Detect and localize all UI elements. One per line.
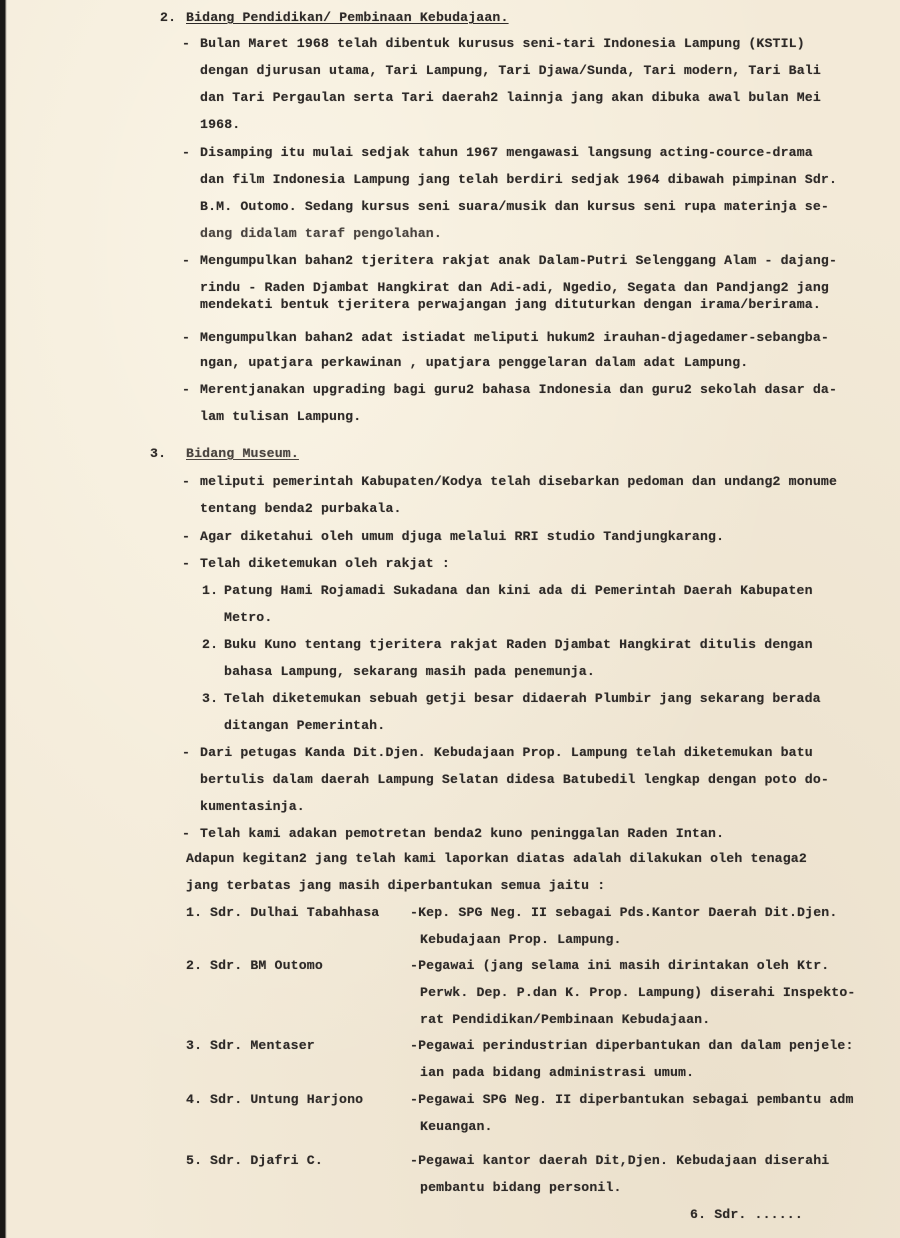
text-line: kumentasinja.: [200, 799, 305, 815]
section-2-title: Bidang Pendidikan/ Pembinaan Kebudajaan.: [186, 10, 509, 26]
bullet: -: [182, 556, 190, 572]
bullet: -: [182, 145, 190, 161]
text-line: jang terbatas jang masih diperbantukan s…: [186, 878, 605, 894]
text-line: ngan, upatjara perkawinan , upatjara pen…: [200, 355, 748, 371]
section-3-title: Bidang Museum.: [186, 446, 299, 462]
staff-name: Sdr. Untung Harjono: [210, 1092, 363, 1108]
staff-name: Sdr. Dulhai Tabahhasa: [210, 905, 379, 921]
text-line: dang didalam taraf pengolahan.: [200, 226, 442, 242]
text-line: Metro.: [224, 610, 272, 626]
bullet: -: [182, 253, 190, 269]
text-line: Merentjanakan upgrading bagi guru2 bahas…: [200, 382, 837, 398]
continuation-marker: 6. Sdr. ......: [690, 1207, 803, 1223]
text-line: Agar diketahui oleh umum djuga melalui R…: [200, 529, 724, 545]
text-line: Mengumpulkan bahan2 adat istiadat melipu…: [200, 330, 829, 346]
staff-role: rat Pendidikan/Pembinaan Kebudajaan.: [420, 1012, 710, 1028]
text-line: Buku Kuno tentang tjeritera rakjat Raden…: [224, 637, 813, 653]
bullet: -: [182, 330, 190, 346]
text-line: Telah kami adakan pemotretan benda2 kuno…: [200, 826, 724, 842]
text-line: dengan djurusan utama, Tari Lampung, Tar…: [200, 63, 821, 79]
text-line: dan film Indonesia Lampung jang telah be…: [200, 172, 837, 188]
bullet: -: [182, 474, 190, 490]
staff-number: 2.: [186, 958, 202, 974]
scan-edge: [0, 0, 7, 1238]
text-line: lam tulisan Lampung.: [200, 409, 361, 425]
text-line: rindu - Raden Djambat Hangkirat dan Adi-…: [200, 280, 829, 296]
staff-role: -Pegawai SPG Neg. II diperbantukan sebag…: [410, 1092, 854, 1108]
text-line: Mengumpulkan bahan2 tjeritera rakjat ana…: [200, 253, 837, 269]
bullet: -: [182, 382, 190, 398]
staff-number: 4.: [186, 1092, 202, 1108]
staff-role: -Pegawai kantor daerah Dit,Djen. Kebudaj…: [410, 1153, 829, 1169]
text-line: Telah diketemukan sebuah getji besar did…: [224, 691, 821, 707]
text-line: 1968.: [200, 117, 240, 133]
text-line: mendekati bentuk tjeritera perwajangan j…: [200, 297, 821, 313]
staff-role: Kebudajaan Prop. Lampung.: [420, 932, 622, 948]
staff-role: ian pada bidang administrasi umum.: [420, 1065, 694, 1081]
text-line: Telah diketemukan oleh rakjat :: [200, 556, 450, 572]
text-line: ditangan Pemerintah.: [224, 718, 385, 734]
staff-name: Sdr. Mentaser: [210, 1038, 315, 1054]
bullet: -: [182, 745, 190, 761]
staff-name: Sdr. Djafri C.: [210, 1153, 323, 1169]
section-3-number: 3.: [150, 446, 166, 462]
staff-name: Sdr. BM Outomo: [210, 958, 323, 974]
bullet: -: [182, 36, 190, 52]
staff-role: pembantu bidang personil.: [420, 1180, 622, 1196]
staff-role: -Pegawai (jang selama ini masih dirintak…: [410, 958, 829, 974]
staff-role: -Kep. SPG Neg. II sebagai Pds.Kantor Dae…: [410, 905, 837, 921]
staff-role: -Pegawai perindustrian diperbantukan dan…: [410, 1038, 854, 1054]
bullet: -: [182, 826, 190, 842]
staff-number: 5.: [186, 1153, 202, 1169]
section-2-number: 2.: [160, 10, 176, 26]
text-line: Patung Hami Rojamadi Sukadana dan kini a…: [224, 583, 813, 599]
bullet: -: [182, 529, 190, 545]
staff-role: Perwk. Dep. P.dan K. Prop. Lampung) dise…: [420, 985, 855, 1001]
text-line: Bulan Maret 1968 telah dibentuk kurusus …: [200, 36, 805, 52]
text-line: Disamping itu mulai sedjak tahun 1967 me…: [200, 145, 813, 161]
finding-number: 3.: [202, 691, 218, 707]
text-line: bahasa Lampung, sekarang masih pada pene…: [224, 664, 595, 680]
finding-number: 2.: [202, 637, 218, 653]
text-line: dan Tari Pergaulan serta Tari daerah2 la…: [200, 90, 821, 106]
text-line: tentang benda2 purbakala.: [200, 501, 402, 517]
staff-role: Keuangan.: [420, 1119, 493, 1135]
text-line: Adapun kegitan2 jang telah kami laporkan…: [186, 851, 807, 867]
text-line: bertulis dalam daerah Lampung Selatan di…: [200, 772, 829, 788]
text-line: Dari petugas Kanda Dit.Djen. Kebudajaan …: [200, 745, 813, 761]
text-line: B.M. Outomo. Sedang kursus seni suara/mu…: [200, 199, 829, 215]
staff-number: 3.: [186, 1038, 202, 1054]
text-line: meliputi pemerintah Kabupaten/Kodya tela…: [200, 474, 837, 490]
finding-number: 1.: [202, 583, 218, 599]
staff-number: 1.: [186, 905, 202, 921]
